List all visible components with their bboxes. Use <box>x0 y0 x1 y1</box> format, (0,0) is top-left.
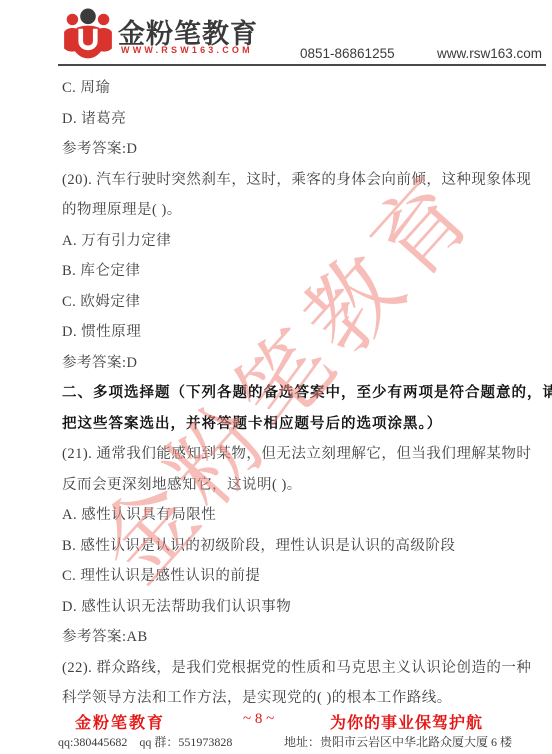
section-heading-line: 把这些答案选出，并将答题卡相应题号后的选项涂黑。） <box>62 409 542 440</box>
answer-line: 参考答案:D <box>62 134 542 165</box>
footer-slogan: 为你的事业保驾护航 <box>330 710 483 733</box>
option-line: C. 欧姆定律 <box>62 287 542 318</box>
footer-brand: 金粉笔教育 <box>75 710 165 733</box>
option-line: A. 万有引力定律 <box>62 226 542 257</box>
question-line: (22). 群众路线，是我们党根据党的性质和马克思主义认识论创造的一种 <box>62 653 542 684</box>
question-line: 的物理原理是( )。 <box>62 195 542 226</box>
header-divider <box>58 64 546 66</box>
document-body: C. 周瑜 D. 诸葛亮 参考答案:D (20). 汽车行驶时突然刹车，这时，乘… <box>62 73 542 714</box>
option-line: B. 感性认识是认识的初级阶段，理性认识是认识的高级阶段 <box>62 531 542 562</box>
question-line: 反而会更深刻地感知它，这说明( )。 <box>62 470 542 501</box>
logo-subtitle: WWW.RSW163.COM <box>121 45 253 55</box>
option-line: D. 惯性原理 <box>62 317 542 348</box>
document-page: 金粉笔教育 金粉笔教育 WWW.RSW163.COM 0851-86861255… <box>0 0 552 754</box>
option-line: D. 感性认识无法帮助我们认识事物 <box>62 592 542 623</box>
option-line: D. 诸葛亮 <box>62 104 542 135</box>
logo-icon <box>62 7 114 61</box>
footer-qq-contact: qq:380445682 qq 群：551973828 <box>58 733 232 750</box>
footer-page-number: ~ 8 ~ <box>243 711 274 728</box>
answer-line: 参考答案:AB <box>62 622 542 653</box>
question-line: 科学领导方法和工作方法，是实现党的( )的根本工作路线。 <box>62 683 542 714</box>
answer-line: 参考答案:D <box>62 348 542 379</box>
header-website: www.rsw163.com <box>437 46 542 61</box>
section-heading-line: 二、多项选择题（下列各题的备选答案中，至少有两项是符合题意的，请 <box>62 378 542 409</box>
header-phone: 0851-86861255 <box>300 46 395 61</box>
question-line: (21). 通常我们能感知到某物，但无法立刻理解它，但当我们理解某物时 <box>62 439 542 470</box>
option-line: B. 库仑定律 <box>62 256 542 287</box>
question-line: (20). 汽车行驶时突然刹车，这时，乘客的身体会向前倾，这种现象体现 <box>62 165 542 196</box>
footer-address: 地址：贵阳市云岩区中华北路众厦大厦 6 楼 <box>284 733 512 750</box>
option-line: C. 周瑜 <box>62 73 542 104</box>
option-line: C. 理性认识是感性认识的前提 <box>62 561 542 592</box>
option-line: A. 感性认识具有局限性 <box>62 500 542 531</box>
